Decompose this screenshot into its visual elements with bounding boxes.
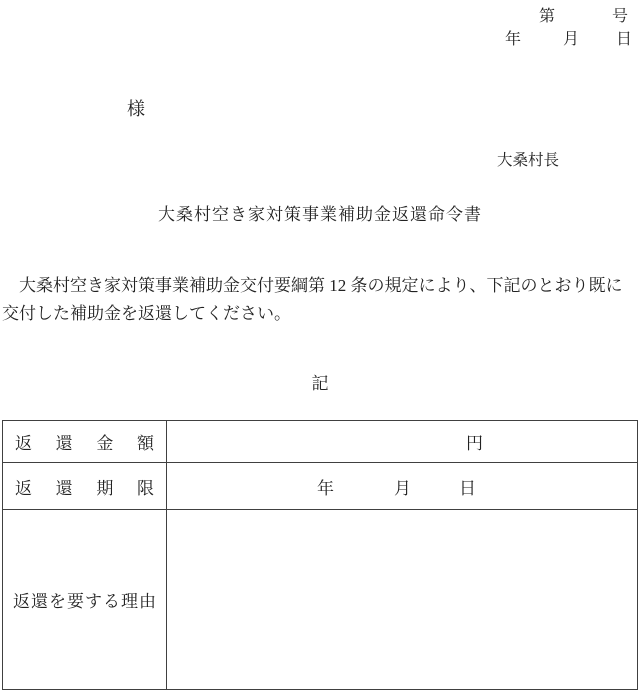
label-return-amount: 返還金額	[3, 421, 167, 463]
return-deadline-value-cell: 年月日	[167, 463, 637, 510]
doc-number-suffix: 号	[612, 8, 628, 25]
doc-number-line: 第号	[539, 3, 628, 26]
body-paragraph: 大桑村空き家対策事業補助金交付要綱第 12 条の規定により、下記のとおり既に 交…	[2, 272, 638, 328]
date-day-label: 日	[616, 31, 632, 48]
doc-number-prefix: 第	[539, 8, 555, 25]
date-month-label: 月	[563, 31, 579, 48]
deadline-month-label: 月	[394, 474, 411, 499]
amount-unit-label: 円	[466, 429, 483, 454]
body-line-1: 大桑村空き家対策事業補助金交付要綱第 12 条の規定により、下記のとおり既に	[2, 272, 638, 300]
issuer-mayor-signature: 大桑村長	[497, 148, 559, 170]
issue-date-line: 年月日	[505, 26, 632, 49]
label-return-deadline: 返還期限	[3, 463, 167, 510]
subsidy-return-order-document: 第号 年月日 様 大桑村長 大桑村空き家対策事業補助金返還命令書 大桑村空き家対…	[0, 0, 640, 692]
document-title: 大桑村空き家対策事業補助金返還命令書	[0, 200, 640, 225]
return-order-table: 返還金額 円 返還期限 年月日 返還を要する理由	[2, 420, 638, 690]
record-marker: 記	[0, 369, 640, 394]
deadline-day-label: 日	[459, 474, 476, 499]
date-year-label: 年	[505, 31, 521, 48]
body-line-2: 交付した補助金を返還してください。	[2, 300, 638, 328]
label-return-reason: 返還を要する理由	[3, 510, 167, 689]
addressee-honorific: 様	[127, 95, 145, 121]
return-amount-value-cell: 円	[167, 421, 637, 463]
deadline-year-label: 年	[317, 474, 334, 499]
return-reason-value-cell	[167, 510, 637, 689]
